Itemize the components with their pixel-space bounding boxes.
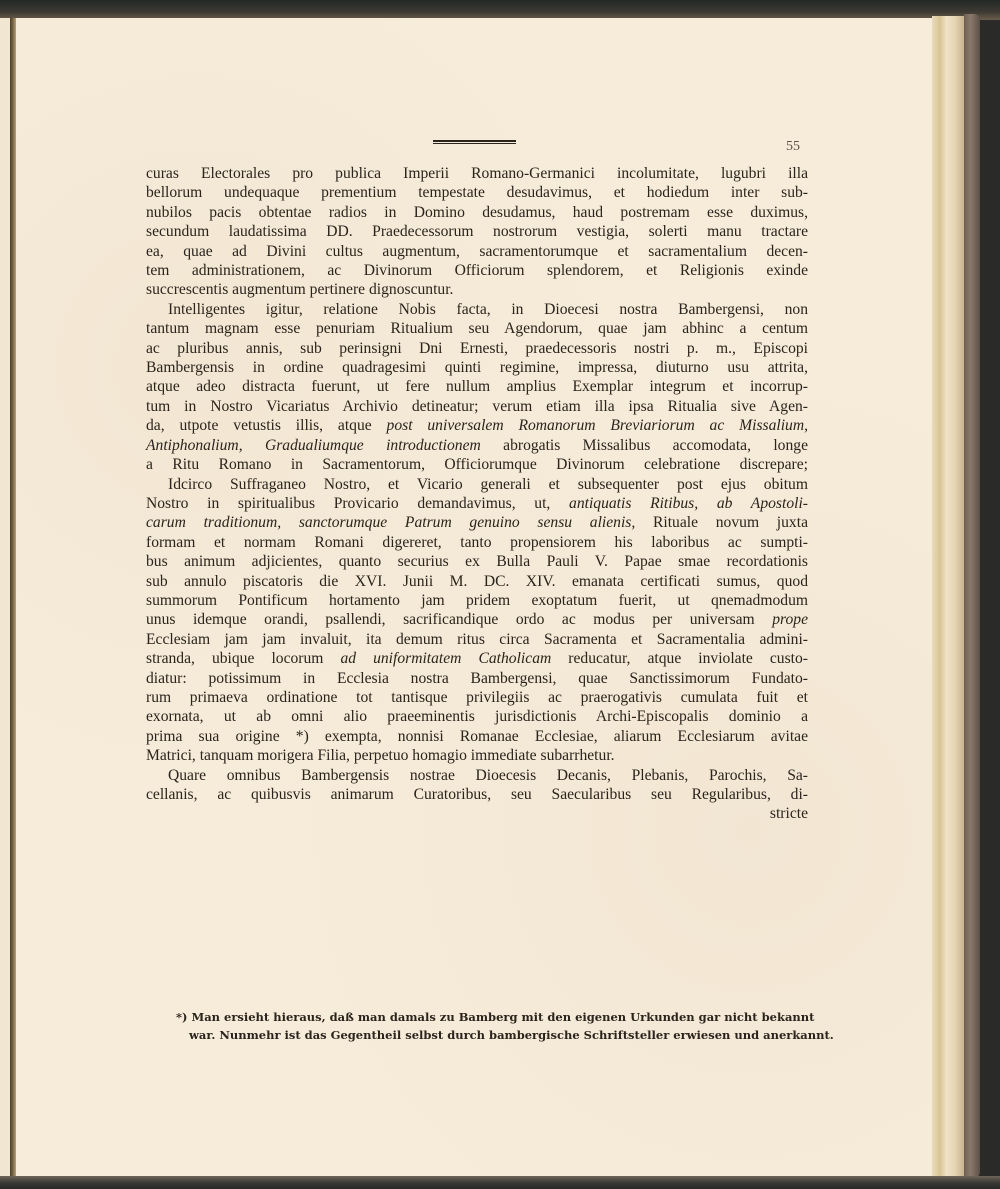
text-line: Intelligentes igitur, relatione Nobis fa… [146,300,808,319]
text-line: Matrici, tanquam morigera Filia, perpetu… [146,746,808,765]
book-page: 55 curas Electorales pro publica Imperii… [16,18,932,1178]
text-line: formam et normam Romani digereret, tanto… [146,533,808,552]
text-line: succrescentis augmentum pertinere dignos… [146,280,808,299]
text-line: carum traditionum, sanctorumque Patrum g… [146,513,808,532]
body-text: curas Electorales pro publica Imperii Ro… [146,164,808,824]
text-line: summorum Pontificum hortamento jam pride… [146,591,808,610]
text-line: Idcirco Suffraganeo Nostro, et Vicario g… [146,475,808,494]
paragraph-1: curas Electorales pro publica Imperii Ro… [146,164,808,300]
text-line: sub annulo piscatoris die XVI. Junii M. … [146,572,808,591]
header-rule [433,140,516,144]
text-line: Quare omnibus Bambergensis nostrae Dioec… [146,766,808,785]
text-line: diatur: potissimum in Ecclesia nostra Ba… [146,669,808,688]
text-line: Ecclesiam jam jam invaluit, ita demum ri… [146,630,808,649]
text-line: prima sua origine *) exempta, nonnisi Ro… [146,727,808,746]
text-line: ea, quae ad Divini cultus augmentum, sac… [146,242,808,261]
page-number: 55 [786,139,800,155]
text-line: cellanis, ac quibusvis animarum Curatori… [146,785,808,804]
text-line: bus animum adjicientes, quanto securius … [146,552,808,571]
footnote: *) Man ersieht hieraus, daß man damals z… [176,1008,791,1044]
paragraph-3: Idcirco Suffraganeo Nostro, et Vicario g… [146,475,808,766]
page-fore-edge [932,16,964,1176]
footnote-line: war. Nunmehr ist das Gegentheil selbst d… [176,1026,791,1044]
scan-top-edge [0,0,1000,20]
text-line: Bambergensis in ordine quadragesimi quin… [146,358,808,377]
catchword: stricte [146,804,808,823]
footnote-line: *) Man ersieht hieraus, daß man damals z… [176,1008,791,1026]
text-line: a Ritu Romano in Sacramentorum, Officior… [146,455,808,474]
paragraph-4: Quare omnibus Bambergensis nostrae Dioec… [146,766,808,824]
facing-page-edge [0,18,10,1178]
text-line: nubilos pacis obtentae radios in Domino … [146,203,808,222]
text-line: Antiphonalium, Gradualiumque introductio… [146,436,808,455]
text-line: secundum laudatissima DD. Praedecessorum… [146,222,808,241]
text-line: da, utpote vetustis illis, atque post un… [146,416,808,435]
text-line: tantum magnam esse penuriam Ritualium se… [146,319,808,338]
text-line: bellorum undequaque prementium tempestat… [146,183,808,202]
text-line: atque adeo distracta fuerunt, ut fere nu… [146,377,808,396]
text-line: curas Electorales pro publica Imperii Ro… [146,164,808,183]
scan-bottom-edge [0,1176,1000,1189]
text-line: Nostro in spiritualibus Provicario deman… [146,494,808,513]
text-line: rum primaeva ordinatione tot tantisque p… [146,688,808,707]
text-line: stranda, ubique locorum ad uniformitatem… [146,649,808,668]
book-scan: 55 curas Electorales pro publica Imperii… [0,0,1000,1189]
text-line: unus idemque orandi, psallendi, sacrific… [146,610,808,629]
paragraph-2: Intelligentes igitur, relatione Nobis fa… [146,300,808,475]
text-line: tem administrationem, ac Divinorum Offic… [146,261,808,280]
text-line: exornata, ut ab omni alio praeeminentis … [146,707,808,726]
book-cover-edge [964,14,980,1178]
text-line: ac pluribus annis, sub perinsigni Dni Er… [146,339,808,358]
text-line: tum in Nostro Vicariatus Archivio detine… [146,397,808,416]
